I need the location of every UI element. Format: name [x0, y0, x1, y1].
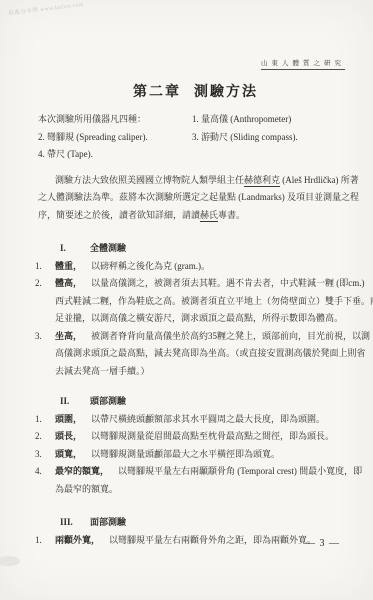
section-full-body: I.全體測驗 1. 體重，以磅秤稱之後化為克 (gram.)。 2. 體高，以量… [38, 240, 353, 380]
item-line: 頭長，以彎腳規測量從眉間最高點至枕骨最高點之間徑，即為頭長。 [55, 428, 353, 446]
item-line: 足並攏，以測高儀之橫安游尺，測求頭頂之最高點，所得示數即為體高。 [55, 310, 353, 328]
item-number: 3. [35, 328, 42, 346]
item-number: 2. [35, 275, 42, 293]
instrument-row: 本次測驗所用儀器凡四種： 1. 量高儀 (Anthropometer) [38, 111, 353, 129]
instrument-row: 2. 彎腳規 (Spreading caliper). 3. 游動尺 (Slid… [38, 129, 353, 147]
item-term: 坐高， [55, 331, 82, 341]
instrument-anthropometer: 1. 量高儀 (Anthropometer) [192, 111, 353, 129]
measure-item-sitting-height: 3. 坐高，被測者脊背向量高儀坐於高約35糎之凳上，頭部前向，目光前視，以測 高… [38, 328, 353, 381]
instrument-spreading-caliper: 2. 彎腳規 (Spreading caliper). [38, 129, 192, 147]
running-header: 山東人體質之研究 [261, 58, 345, 70]
paragraph-text: 序，簡要述之於後，讀者欲知詳細，請讀 [38, 210, 200, 220]
instrument-row: 4. 帶尺 (Tape). [38, 146, 353, 164]
section-title: 面部測驗 [90, 517, 126, 527]
item-desc: 以彎腳規平量左右兩顴骨外角之距，即為兩顴外寬。 [109, 535, 316, 545]
item-line: 頭寬，以彎腳規測量頭顱部最大之水平橫徑即為頭寬。 [55, 446, 353, 464]
chapter-name: 測驗方法 [194, 85, 258, 100]
item-line: 西式鞋減二糎，作為鞋底之高。被測者須直立平地上（勿倚壁面立）雙手下垂。兩 [55, 293, 353, 311]
item-term: 兩顴外寬， [55, 535, 100, 545]
paragraph-line: 序，簡要述之於後，讀者欲知詳細，請讀赫氏專書。 [38, 207, 353, 225]
chapter-title: 第二章測驗方法 [38, 84, 353, 102]
item-term: 體重， [55, 261, 82, 271]
section-roman: II. [60, 393, 90, 411]
item-line: 為最窄的額寬。 [55, 481, 353, 499]
measure-item-head-circumference: 1. 頭圍，以帶尺橫繞頭顱額部求其水平圓周之最大長度，即為頭圍。 [38, 411, 353, 429]
item-desc: 以帶尺橫繞頭顱額部求其水平圓周之最大長度，即為頭圍。 [91, 414, 325, 424]
instrument-sliding-compass: 3. 游動尺 (Sliding compass). [192, 129, 353, 147]
section-title: 頭部測驗 [90, 396, 126, 406]
chapter-number: 第二章 [133, 85, 181, 100]
item-term: 體高， [55, 278, 82, 288]
section-head-measure: II.頭部測驗 1. 頭圍，以帶尺橫繞頭顱額部求其水平圓周之最大長度，即為頭圍。… [38, 393, 353, 498]
item-desc: 以量高儀測之，被測者須去其鞋。遇不肯去者，中式鞋減一糎 (即cm.) [91, 278, 365, 288]
paragraph-line: 測驗方法大致依照美國國立博物院人類學組主任赫德利克 (Aleš Hrdlička… [38, 172, 353, 190]
item-number: 1. [35, 258, 42, 276]
measure-item-weight: 1. 體重，以磅秤稱之後化為克 (gram.)。 [38, 258, 353, 276]
item-line: 體高，以量高儀測之，被測者須去其鞋。遇不肯去者，中式鞋減一糎 (即cm.) [55, 275, 353, 293]
item-desc: 被測者脊背向量高儀坐於高約35糎之凳上，頭部前向，目光前視，以測 [91, 331, 370, 341]
instrument-list: 本次測驗所用儀器凡四種： 1. 量高儀 (Anthropometer) 2. 彎… [38, 111, 353, 164]
paragraph-text: 專書。 [218, 210, 245, 220]
section-heading: I.全體測驗 [38, 240, 353, 258]
page-number: — 3 — [305, 538, 340, 549]
measure-item-head-length: 2. 頭長，以彎腳規測量從眉間最高點至枕骨最高點之間徑，即為頭長。 [38, 428, 353, 446]
underlined-name-hrdlicka: 赫德利克 [244, 175, 280, 187]
item-line: 坐高，被測者脊背向量高儀坐於高約35糎之凳上，頭部前向，目光前視，以測 [55, 328, 353, 346]
item-line: 高儀測求頭頂之最高點，減去凳高即為坐高。（或直接安置測高儀於凳面上則省 [55, 345, 353, 363]
measure-item-min-frontal-width: 4. 最窄的額寬，以彎腳規平量左右兩顳顬骨角 (Temporal crest) … [38, 463, 353, 498]
measure-item-stature: 2. 體高，以量高儀測之，被測者須去其鞋。遇不肯去者，中式鞋減一糎 (即cm.)… [38, 275, 353, 328]
measure-item-head-width: 3. 頭寬，以彎腳規測量頭顱部最大之水平橫徑即為頭寬。 [38, 446, 353, 464]
paragraph-line: 之人體測驗法為準。茲將本次測驗所選定之起量點 (Landmarks) 及項目並測… [38, 189, 353, 207]
section-heading: III.面部測驗 [38, 514, 353, 532]
section-roman: I. [60, 240, 90, 258]
item-number: 3. [35, 446, 42, 464]
section-roman: III. [60, 514, 90, 532]
intro-lead: 本次測驗所用儀器凡四種： [38, 111, 192, 129]
watermark: 标准分享网 www.bzfxw.com [8, 0, 84, 17]
item-number: 4. [35, 463, 42, 481]
paragraph-text: 測驗方法大致依照美國國立博物院人類學組主任 [55, 175, 244, 185]
scan-smudge [0, 556, 20, 566]
item-number: 2. [35, 428, 42, 446]
item-desc: 以磅秤稱之後化為克 (gram.)。 [91, 261, 210, 271]
scanned-page: 标准分享网 www.bzfxw.com 山東人體質之研究 第二章測驗方法 本次測… [0, 0, 373, 600]
section-heading: II.頭部測驗 [38, 393, 353, 411]
item-term: 頭寬， [55, 449, 82, 459]
paragraph-text: (Aleš Hrdlička) 所著 [280, 175, 359, 185]
item-term: 頭長， [55, 431, 82, 441]
item-line: 體重，以磅秤稱之後化為克 (gram.)。 [55, 258, 353, 276]
method-paragraph: 測驗方法大致依照美國國立博物院人類學組主任赫德利克 (Aleš Hrdlička… [38, 172, 353, 225]
item-line: 最窄的額寬，以彎腳規平量左右兩顳顬骨角 (Temporal crest) 間最小… [55, 463, 353, 481]
item-number: 1. [35, 411, 42, 429]
page-body: 第二章測驗方法 本次測驗所用儀器凡四種： 1. 量高儀 (Anthropomet… [38, 84, 353, 549]
underlined-name-he: 赫氏 [200, 210, 218, 222]
item-desc: 以彎腳規平量左右兩顳顬骨角 (Temporal crest) 間最小寬度，即 [118, 466, 362, 476]
section-title: 全體測驗 [90, 243, 126, 253]
item-line: 去減去凳高一層手續。） [55, 363, 353, 381]
item-term: 頭圍， [55, 414, 82, 424]
instrument-row-empty [192, 146, 353, 164]
item-desc: 以彎腳規測量頭顱部最大之水平橫徑即為頭寬。 [91, 449, 280, 459]
item-number: 1. [35, 532, 42, 550]
item-line: 頭圍，以帶尺橫繞頭顱額部求其水平圓周之最大長度，即為頭圍。 [55, 411, 353, 429]
item-term: 最窄的額寬， [55, 466, 109, 476]
instrument-tape: 4. 帶尺 (Tape). [38, 146, 192, 164]
item-desc: 以彎腳規測量從眉間最高點至枕骨最高點之間徑，即為頭長。 [91, 431, 334, 441]
